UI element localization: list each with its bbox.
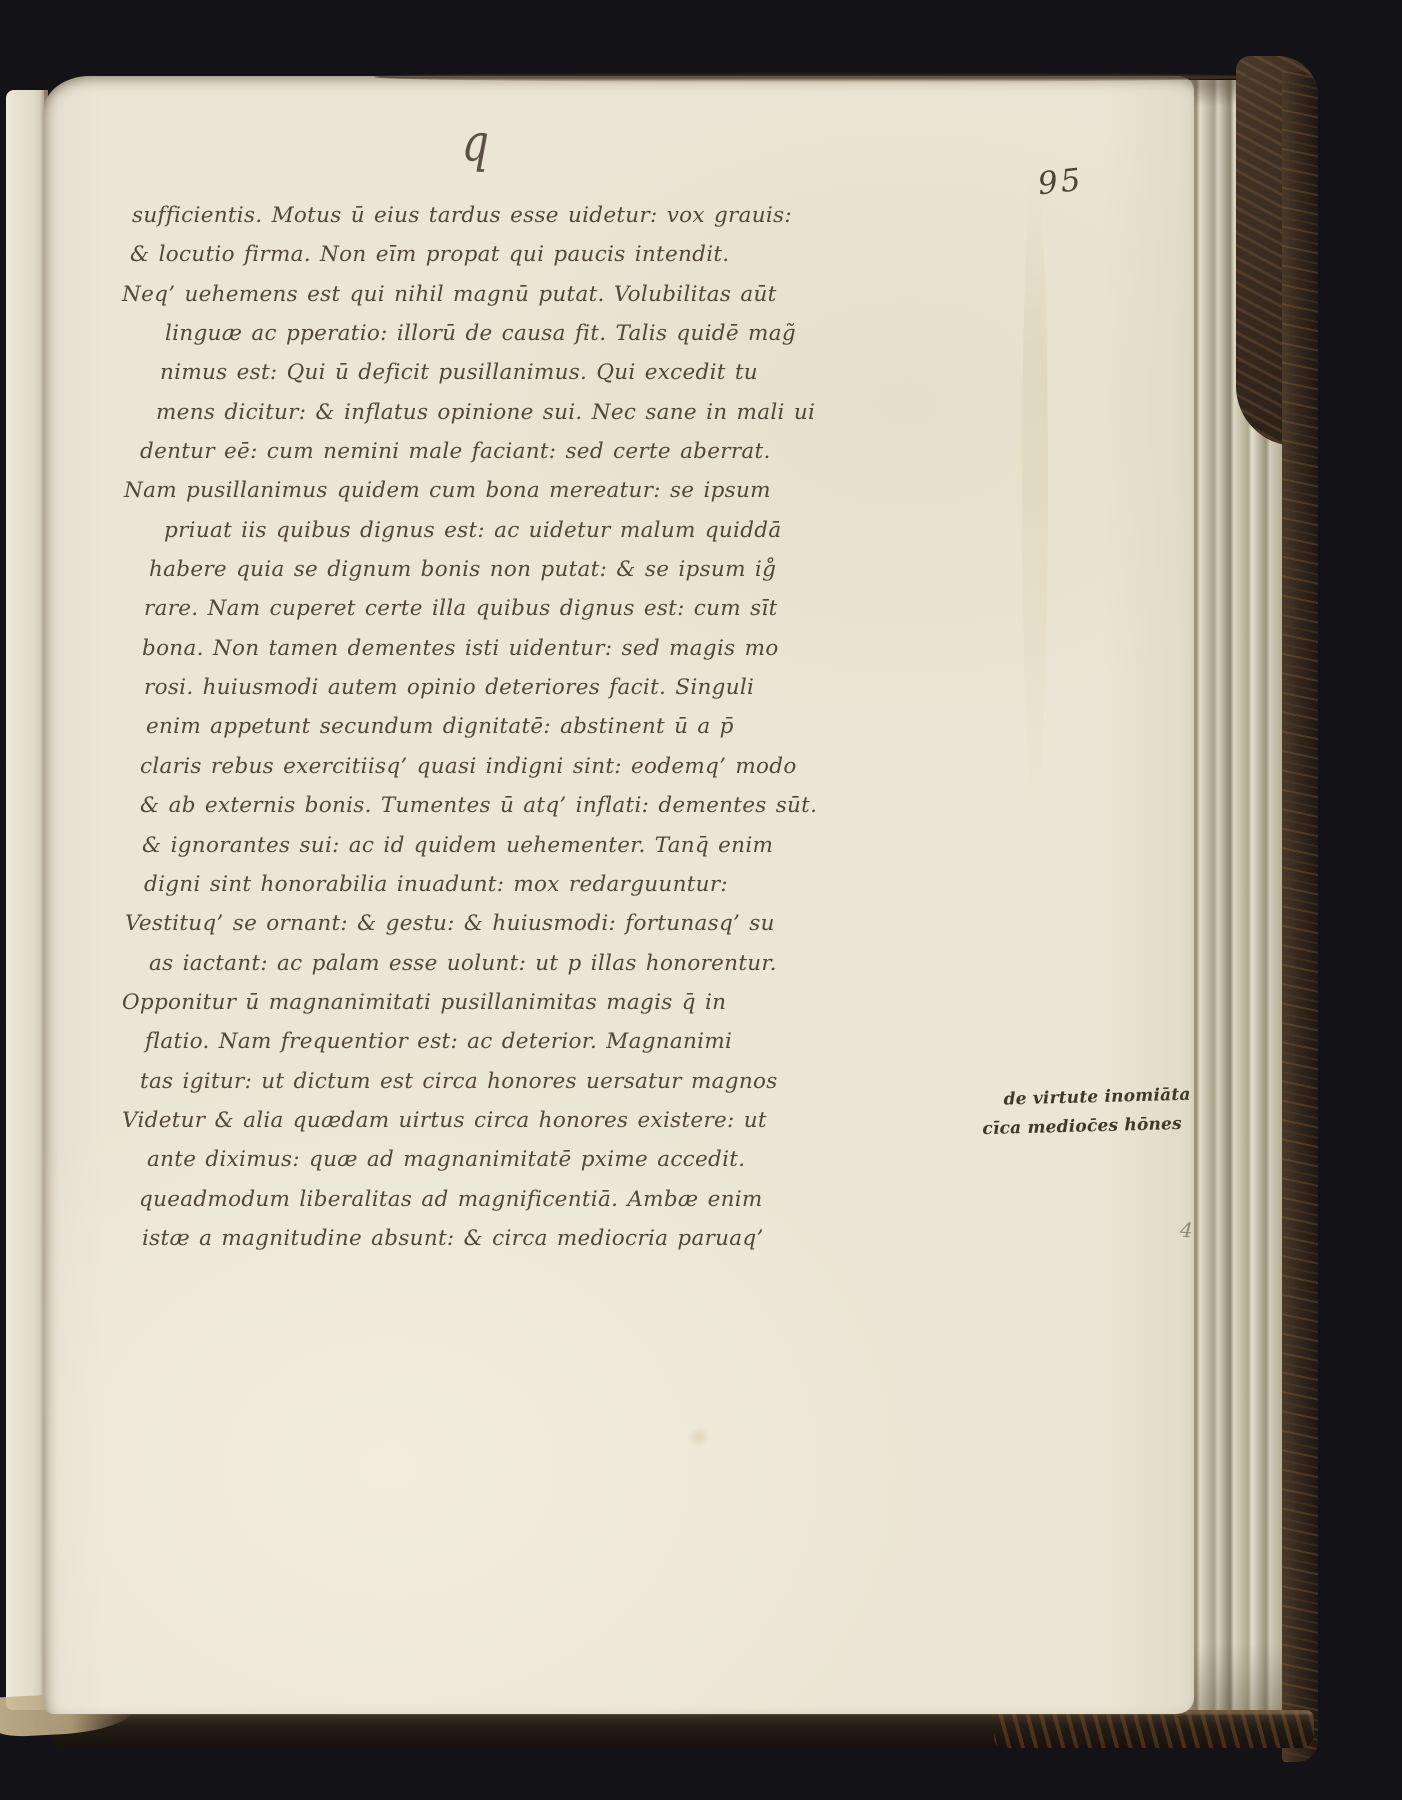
page-top-edge-shadow bbox=[374, 72, 1254, 82]
text-line: rosi. huiusmodi autem opinio deteriores … bbox=[122, 668, 922, 707]
text-line: ante diximus: quæ ad magnanimitatē pxime… bbox=[122, 1140, 922, 1179]
marginal-note-line: cīca medioc̄es hōnes bbox=[982, 1109, 1223, 1144]
text-line: Neq’ uehemens est qui nihil magnū putat.… bbox=[122, 275, 922, 314]
text-line: & ignorantes sui: ac id quidem uehemente… bbox=[122, 826, 922, 865]
left-page-edge bbox=[6, 90, 48, 1710]
text-line: mens dicitur: & inflatus opinione sui. N… bbox=[122, 393, 922, 432]
text-line: as iactant: ac palam esse uolunt: ut p i… bbox=[122, 944, 922, 983]
leather-cover-bottom-edge bbox=[52, 1710, 1314, 1748]
parchment-stain bbox=[1022, 166, 1048, 806]
parchment-spot bbox=[686, 1428, 712, 1446]
text-line: sufficientis. Motus ū eius tardus esse u… bbox=[122, 196, 922, 235]
leather-cover-right-edge bbox=[1282, 70, 1318, 1762]
text-line: Nam pusillanimus quidem cum bona mereatu… bbox=[122, 471, 922, 510]
manuscript-photo: q 95 sufficientis. Motus ū eius tardus e… bbox=[0, 0, 1402, 1800]
text-block: sufficientis. Motus ū eius tardus esse u… bbox=[122, 196, 922, 1258]
text-line: Videtur & alia quædam uirtus circa honor… bbox=[122, 1101, 922, 1140]
text-line: istæ a magnitudine absunt: & circa medio… bbox=[122, 1219, 922, 1258]
text-line: tas igitur: ut dictum est circa honores … bbox=[122, 1062, 922, 1101]
text-line: priuat iis quibus dignus est: ac uidetur… bbox=[122, 511, 922, 550]
text-line: flatio. Nam frequentior est: ac deterior… bbox=[122, 1022, 922, 1061]
text-line: rare. Nam cuperet certe illa quibus dign… bbox=[122, 589, 922, 628]
text-line: enim appetunt secundum dignitatē: abstin… bbox=[122, 707, 922, 746]
text-line: queadmodum liberalitas ad magnificentiā.… bbox=[122, 1180, 922, 1219]
text-line: Vestituq’ se ornant: & gestu: & huiusmod… bbox=[122, 904, 922, 943]
text-line: & ab externis bonis. Tumentes ū atq’ inf… bbox=[122, 786, 922, 825]
marginal-note: de virtute inomiāta cīca medioc̄es hōnes bbox=[981, 1080, 1222, 1144]
text-line: & locutio firma. Non eīm propat qui pauc… bbox=[122, 235, 922, 274]
quire-mark: q bbox=[461, 111, 490, 173]
text-line: dentur eē: cum nemini male faciant: sed … bbox=[122, 432, 922, 471]
manuscript-page: q 95 sufficientis. Motus ū eius tardus e… bbox=[44, 76, 1194, 1714]
fore-edge-quire-number: 4 bbox=[1179, 1218, 1193, 1243]
text-line: nimus est: Qui ū deficit pusillanimus. Q… bbox=[122, 353, 922, 392]
text-line: bona. Non tamen dementes isti uidentur: … bbox=[122, 629, 922, 668]
folio-number: 95 bbox=[1036, 162, 1085, 203]
text-line: digni sint honorabilia inuadunt: mox red… bbox=[122, 865, 922, 904]
text-line: habere quia se dignum bonis non putat: &… bbox=[122, 550, 922, 589]
text-line: linguæ ac pperatio: illorū de causa fit.… bbox=[122, 314, 922, 353]
text-line: claris rebus exercitiisq’ quasi indigni … bbox=[122, 747, 922, 786]
text-line: Opponitur ū magnanimitati pusillanimitas… bbox=[122, 983, 922, 1022]
